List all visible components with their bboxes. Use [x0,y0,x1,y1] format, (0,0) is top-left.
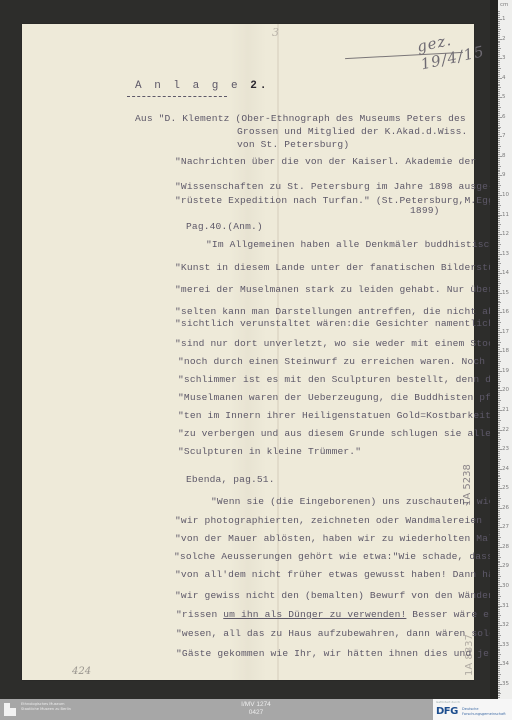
ruler-tick [498,387,500,388]
ruler-tick [498,138,500,139]
ruler-tick [498,123,500,124]
ruler-tick [498,602,500,603]
ruler-tick [498,308,500,309]
ruler-tick [498,115,500,116]
ruler-tick [498,418,500,419]
ruler-tick [498,529,500,530]
ruler-tick [498,171,500,172]
ruler-tick [498,72,500,73]
ruler-tick [498,168,500,169]
ruler-tick [498,412,500,413]
ruler-tick [498,326,500,327]
citation-line: 1899) [410,205,440,216]
ruler-tick [498,650,500,651]
ruler-tick [498,322,501,323]
ruler-tick [498,256,500,257]
ruler-tick [498,99,500,100]
ruler-label: 8 [502,153,506,159]
ruler-tick [498,109,500,110]
ruler-tick [498,285,500,286]
ruler-tick [498,70,500,71]
ruler-tick [498,33,500,34]
ruler-tick [498,521,500,522]
ruler-tick [498,314,500,315]
ruler-tick [498,103,500,104]
ruler-tick [498,557,501,558]
ruler-tick [498,230,500,231]
ruler-tick [498,152,500,153]
ruler-tick [498,490,500,491]
ruler-tick [498,369,500,370]
ruler-tick [498,91,500,92]
ruler-tick [498,189,500,190]
ruler-tick [498,637,500,638]
ruler-tick [498,627,500,628]
ruler-tick [498,615,501,616]
ruler-tick [498,445,500,446]
ruler-tick [498,242,500,243]
ruler-tick [498,128,500,129]
ruler-tick [498,467,500,468]
ruler-label: 3 [502,55,506,61]
ruler-tick [498,289,500,290]
ruler-tick [498,29,501,30]
ruler-tick [498,203,500,204]
ruler-tick [498,451,500,452]
ruler-tick [498,414,500,415]
ruler-tick [498,291,500,292]
ruler-tick [498,361,501,362]
source-line: Grossen und Mitglied der K.Akad.d.Wiss. [237,126,467,137]
ruler-tick [498,197,500,198]
ruler-tick [498,166,501,167]
ruler-tick [498,394,500,395]
ruler-tick [498,205,501,206]
quote-line: "merei der Muselmanen stark zu leiden ge… [175,284,512,295]
quote-line: "rissen um ihn als Dünger zu verwenden! … [176,609,512,620]
quote-line: "ten im Innern ihrer Heiligenstatuen Gol… [178,410,503,421]
ruler-tick [498,277,500,278]
ruler-tick [498,240,500,241]
ruler-tick [498,87,501,88]
ruler-tick [498,35,500,36]
title-prefix: A n l a g e [135,80,241,92]
ruler-tick [498,345,500,346]
ruler-tick [498,609,500,610]
ruler-tick [498,283,501,284]
ruler-tick [498,84,500,85]
ruler-tick [498,213,500,214]
ruler-tick [498,375,500,376]
ruler-tick [498,695,500,696]
quote-line: "Kunst in diesem Lande unter der fanatis… [175,262,506,273]
title-rule [127,96,227,97]
ruler-label: 2 [502,36,506,42]
ruler-tick [498,218,500,219]
ruler-tick [498,541,500,542]
ruler-tick [498,572,500,573]
ruler-tick [498,461,500,462]
ruler-tick [498,668,500,669]
ruler-tick [498,512,500,513]
quote-line: "Im Allgemeinen haben alle Denkmäler bud… [206,239,507,250]
ruler-tick [498,297,500,298]
ruler-tick [498,85,500,86]
ruler-tick [498,588,500,589]
dfg-logo-icon: DFG [436,706,458,717]
ruler-label: 23 [502,446,509,452]
ruler-label: 35 [502,681,509,687]
title-number: 2. [250,80,269,92]
ruler-tick [498,643,500,644]
ruler-tick [498,647,500,648]
ruler-tick [498,250,500,251]
ruler-tick [498,561,500,562]
ruler-tick [498,686,500,687]
quote-line: "sind nur dort unverletzt, wo sie weder … [175,338,506,349]
ruler-tick [498,621,500,622]
ruler-tick [498,144,500,145]
ruler-tick [498,406,500,407]
ruler-tick [498,506,500,507]
ruler-tick [498,441,500,442]
ruler-tick [498,510,500,511]
ruler-tick [498,578,500,579]
ruler-tick [498,258,500,259]
ruler-label: 15 [502,290,509,296]
ruler-tick [498,482,500,483]
source-line: von St. Petersburg) [237,139,349,150]
ruler-tick [498,531,500,532]
scan-edge [490,0,498,699]
ruler-tick [498,13,500,14]
ruler-tick [498,649,500,650]
citation-line: "rüstete Expedition nach Turfan." (St.Pe… [175,195,512,206]
ruler-label: 25 [502,485,509,491]
sponsor-caption: Gefördert durch [436,700,460,704]
ruler-tick [498,523,500,524]
ruler-tick [498,396,500,397]
ruler-tick [498,93,500,94]
ruler-tick [498,107,501,108]
ruler-tick [498,553,500,554]
ruler-tick [498,656,500,657]
ruler-tick [498,504,500,505]
ruler-tick [498,199,500,200]
ruler-tick [498,400,501,401]
ruler-tick [498,265,500,266]
ruler-tick [498,179,500,180]
ruler-tick [498,484,500,485]
ruler-tick [498,181,500,182]
ruler-tick [498,502,500,503]
pencil-page-mark: 3 [272,26,279,39]
ruler-tick [498,363,500,364]
ruler-label: 17 [502,329,509,335]
ruler-tick [498,52,500,53]
ruler-tick [498,25,500,26]
ruler-label: 21 [502,407,509,413]
ruler-tick [498,379,500,380]
ruler-tick [498,127,501,128]
ruler-tick [498,420,501,421]
ruler-tick [498,383,500,384]
ruler-tick [498,576,501,577]
ruler-tick [498,201,500,202]
quote-line: "solche Aeusserungen gehört wie etwa:"Wi… [174,551,512,562]
ruler-label: 22 [502,427,509,433]
ruler-tick [498,261,500,262]
ruler-tick [498,142,500,143]
ruler-tick [498,435,500,436]
citation-line: "Nachrichten über die von der Kaiserl. A… [175,156,476,167]
ruler-tick [498,80,500,81]
ruler-tick [498,46,500,47]
ruler-tick [498,209,500,210]
ruler-tick [498,639,500,640]
ruler-tick [498,187,500,188]
ruler-tick [498,670,500,671]
ruler-tick [498,525,500,526]
ruler-tick [498,463,500,464]
ruler-tick [498,340,500,341]
ruler-tick [498,564,500,565]
ruler-tick [498,170,500,171]
ruler-tick [498,613,500,614]
ruler-tick [498,173,500,174]
ruler-tick [498,66,500,67]
ruler-tick [498,471,500,472]
ruler-tick [498,158,500,159]
ruler-tick [498,62,500,63]
ruler-tick [498,347,500,348]
ruler-tick [498,388,500,389]
ruler-tick [498,404,500,405]
ruler-tick [498,437,500,438]
ruler-tick [498,17,500,18]
ruler-tick [498,344,500,345]
ruler-label: 7 [502,133,506,139]
ruler-label: 10 [502,192,509,198]
ruler-tick [498,424,500,425]
ruler-tick [498,54,500,55]
ruler-tick [498,443,500,444]
ruler-tick [498,310,500,311]
ruler-tick [498,666,500,667]
ruler-tick [498,385,500,386]
ruler-tick [498,641,500,642]
ruler-tick [498,23,500,24]
ruler-tick [498,611,500,612]
ruler-tick [498,533,500,534]
ruler-tick [498,338,500,339]
ruler-tick [498,132,500,133]
ruler-tick [498,304,500,305]
ruler-tick [498,226,500,227]
ruler-tick [498,475,500,476]
ruler-tick [498,353,500,354]
ruler-tick [498,654,501,655]
ruler-tick [498,150,500,151]
ruler-tick [498,398,500,399]
ruler-tick [498,476,500,477]
ruler-tick [498,680,500,681]
ruler-tick [498,15,500,16]
ruler-tick [498,574,500,575]
sponsor-block: Gefördert durch DFG Deutsche Forschungsg… [433,699,512,720]
ruler-tick [498,543,500,544]
ruler-tick [498,545,500,546]
quote-line: "schlimmer ist es mit den Sculpturen bes… [178,374,503,385]
ruler-tick [498,134,500,135]
ruler-tick [498,592,500,593]
ruler-tick [498,224,501,225]
ruler-tick [498,473,500,474]
ruler-tick [498,113,500,114]
ruler-tick [498,302,501,303]
ruler-tick [498,68,501,69]
ruler-tick [498,631,500,632]
ruler-tick [498,367,500,368]
ruler-tick [498,228,500,229]
quote-line: "sichtlich verunstaltet wären:die Gesich… [175,318,494,329]
ruler-tick [498,334,500,335]
ruler-tick [498,191,500,192]
cm-ruler: cm 1234567891011121314151617181920212223… [498,0,512,699]
ruler-tick [498,328,500,329]
sponsor-name: Deutsche Forschungsgemeinschaft [462,707,506,716]
ruler-tick [498,660,500,661]
ruler-tick [498,82,500,83]
ruler-tick [498,535,500,536]
ruler-label: 27 [502,524,509,530]
ruler-label: 34 [502,661,509,667]
ruler-tick [498,148,500,149]
ruler-label: 20 [502,387,509,393]
ruler-label: 16 [502,309,509,315]
footer-bar: Ethnologisches Museum Staatliche Museen … [0,699,512,720]
ruler-tick [498,570,500,571]
ruler-tick [498,244,501,245]
ruler-tick [498,672,500,673]
ruler-label: 31 [502,603,509,609]
ruler-tick [498,465,500,466]
ruler-tick [498,676,500,677]
ruler-tick [498,519,500,520]
ruler-tick [498,42,500,43]
ruler-tick [498,154,500,155]
ruler-tick [498,236,500,237]
ruler-tick [498,662,500,663]
ruler-tick [498,678,500,679]
ruler-tick [498,130,500,131]
ruler-tick [498,514,500,515]
ruler-label: 24 [502,466,509,472]
ruler-tick [498,500,500,501]
ruler-tick [498,238,500,239]
ruler-label: 28 [502,544,509,550]
ruler-tick [498,295,500,296]
ruler-tick [498,259,500,260]
ruler-tick [498,74,500,75]
quote-line: "noch durch einen Steinwurf zu erreichen… [178,356,485,367]
ruler-tick [498,21,500,22]
ruler-tick [498,498,501,499]
ruler-tick [498,216,500,217]
ruler-tick [498,416,500,417]
ruler-tick [498,248,500,249]
ruler-tick [498,688,500,689]
document-title: A n l a g e 2. [135,80,269,92]
ruler-tick [498,600,500,601]
ruler-tick [498,101,500,102]
ruler-tick [498,50,500,51]
ruler-tick [498,349,500,350]
ruler-tick [498,539,500,540]
ruler-tick [498,633,500,634]
ruler-tick [498,105,500,106]
ruler-label: 32 [502,622,509,628]
ruler-tick [498,381,501,382]
ruler-tick [498,453,500,454]
ruler-tick [498,125,500,126]
ruler-tick [498,392,500,393]
ruler-tick [498,56,500,57]
ruler-label: 18 [502,348,509,354]
ruler-tick [498,619,500,620]
ruler-tick [498,674,501,675]
ruler-tick [498,306,500,307]
ruler-tick [498,537,501,538]
ruler-tick [498,478,501,479]
citation-line: "Wissenschaften zu St. Petersburg im Jah… [175,181,494,192]
ruler-tick [498,320,500,321]
ruler-tick [498,160,500,161]
ruler-tick [498,496,500,497]
ruler-label: 1 [502,16,506,22]
quote-line-start: "rissen [176,609,223,620]
ruler-tick [498,342,501,343]
ruler-tick [498,426,500,427]
ruler-tick [498,652,500,653]
ruler-tick [498,359,500,360]
ruler-tick [498,263,501,264]
ruler-tick [498,549,500,550]
ruler-tick [498,629,500,630]
ruler-tick [498,518,501,519]
ruler-tick [498,439,501,440]
ruler-tick [498,516,500,517]
ruler-label: 33 [502,642,509,648]
ruler-tick [498,584,500,585]
ruler-tick [498,119,500,120]
ruler-tick [498,281,500,282]
ruler-tick [498,48,501,49]
ruler-tick [498,318,500,319]
ruler-tick [498,486,500,487]
ruler-tick [498,658,500,659]
quote-line: "Muselmanen waren der Ueberzeugung, die … [178,392,512,403]
ruler-label: 14 [502,270,509,276]
ruler-tick [498,635,501,636]
quote-line: "Wenn sie (die Eingeborenen) uns zuschau… [211,496,495,507]
ruler-label: 5 [502,94,506,100]
ruler-tick [498,682,500,683]
quote-line: "zu verbergen und aus diesem Grunde schl… [178,428,491,439]
ruler-label: 30 [502,583,509,589]
ruler-tick [498,559,500,560]
ruler-tick [498,594,500,595]
